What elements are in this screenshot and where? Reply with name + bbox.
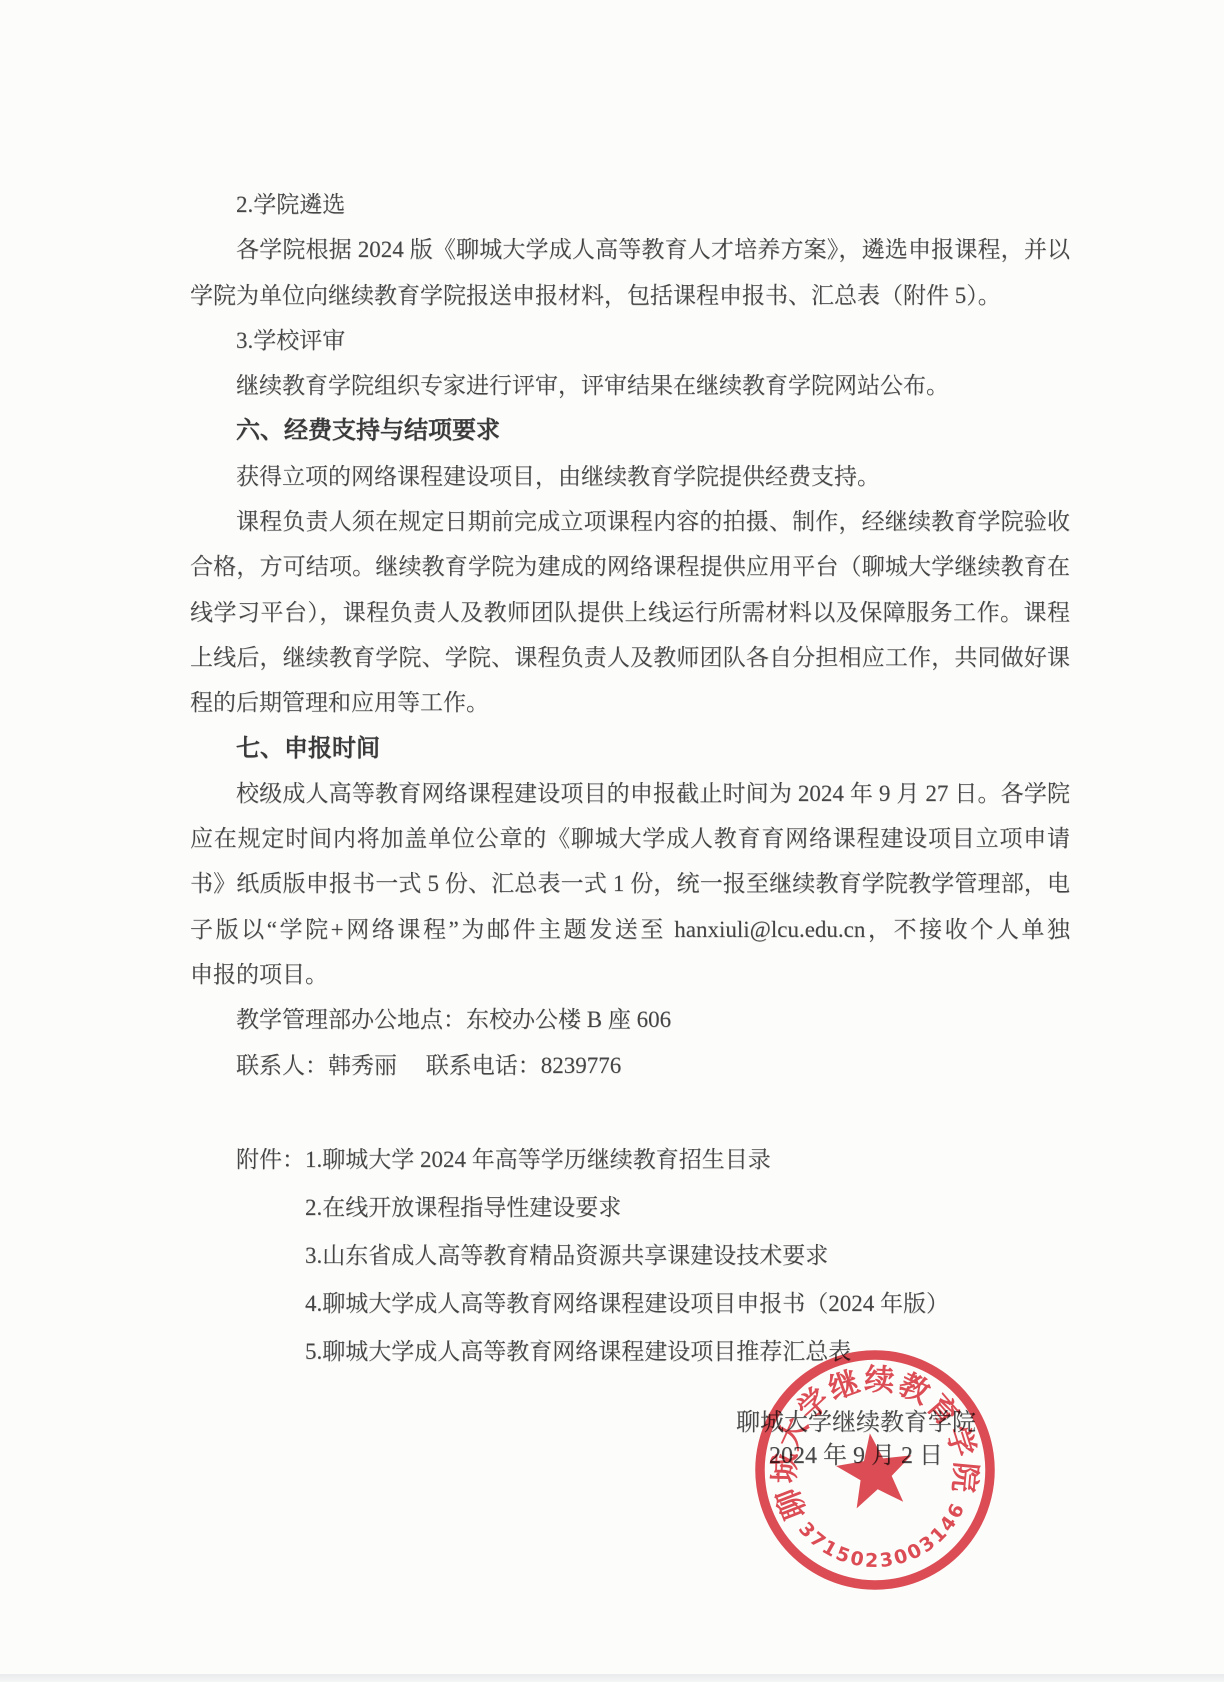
scan-edge-shadow — [0, 1674, 1224, 1682]
seal-star-icon — [832, 1428, 917, 1510]
doc-line-15: 应在规定时间内将加盖单位公章的《聊城大学成人教育育网络课程建设项目立项申请 — [190, 816, 1070, 861]
seal-graphic: 聊城大学继续教育学院 3715023003146 — [728, 1323, 1022, 1617]
doc-line-24: 3.山东省成人高等教育精品资源共享课建设技术要求 — [190, 1232, 1070, 1280]
doc-line-25: 4.聊城大学成人高等教育网络课程建设项目申报书（2024 年版） — [190, 1280, 1070, 1328]
doc-line-22: 附件：1.聊城大学 2024 年高等学历继续教育招生目录 — [190, 1136, 1070, 1184]
doc-line-9: 合格，方可结项。继续教育学院为建成的网络课程提供应用平台（聊城大学继续教育在 — [190, 544, 1070, 589]
doc-line-20: 联系人：韩秀丽 联系电话：8239776 — [190, 1043, 1070, 1088]
doc-line-3: 学院为单位向继续教育学院报送申报材料，包括课程申报书、汇总表（附件 5）。 — [190, 273, 1070, 318]
doc-line-2: 各学院根据 2024 版《聊城大学成人高等教育人才培养方案》，遴选申报课程，并以 — [190, 227, 1070, 272]
doc-line-13: 七、申报时间 — [190, 726, 1070, 771]
doc-line-5: 继续教育学院组织专家进行评审，评审结果在继续教育学院网站公布。 — [190, 363, 1070, 408]
doc-line-14: 校级成人高等教育网络课程建设项目的申报截止时间为 2024 年 9 月 27 日… — [190, 771, 1070, 816]
official-seal: 聊城大学继续教育学院 3715023003146 — [728, 1323, 1022, 1617]
doc-line-23: 2.在线开放课程指导性建设要求 — [190, 1184, 1070, 1232]
doc-line-19: 教学管理部办公地点：东校办公楼 B 座 606 — [190, 997, 1070, 1042]
doc-line-4: 3.学校评审 — [190, 318, 1070, 363]
doc-line-17: 子版以“学院+网络课程”为邮件主题发送至 hanxiuli@lcu.edu.cn… — [190, 907, 1070, 952]
doc-line-11: 上线后，继续教育学院、学院、课程负责人及教师团队各自分担相应工作，共同做好课 — [190, 635, 1070, 680]
doc-line-8: 课程负责人须在规定日期前完成立项课程内容的拍摄、制作，经继续教育学院验收 — [190, 499, 1070, 544]
doc-line-12: 程的后期管理和应用等工作。 — [190, 680, 1070, 725]
doc-line-16: 书》纸质版申报书一式 5 份、汇总表一式 1 份，统一报至继续教育学院教学管理部… — [190, 861, 1070, 906]
doc-line-7: 获得立项的网络课程建设项目，由继续教育学院提供经费支持。 — [190, 454, 1070, 499]
doc-line-6: 六、经费支持与结项要求 — [190, 408, 1070, 453]
document-body: 2.学院遴选各学院根据 2024 版《聊城大学成人高等教育人才培养方案》，遴选申… — [190, 182, 1070, 1376]
doc-line-18: 申报的项目。 — [190, 952, 1070, 997]
scanned-document-page: 2.学院遴选各学院根据 2024 版《聊城大学成人高等教育人才培养方案》，遴选申… — [0, 0, 1224, 1682]
doc-line-10: 线学习平台），课程负责人及教师团队提供上线运行所需材料以及保障服务工作。课程 — [190, 590, 1070, 635]
doc-line-21 — [190, 1088, 1070, 1136]
doc-line-1: 2.学院遴选 — [190, 182, 1070, 227]
